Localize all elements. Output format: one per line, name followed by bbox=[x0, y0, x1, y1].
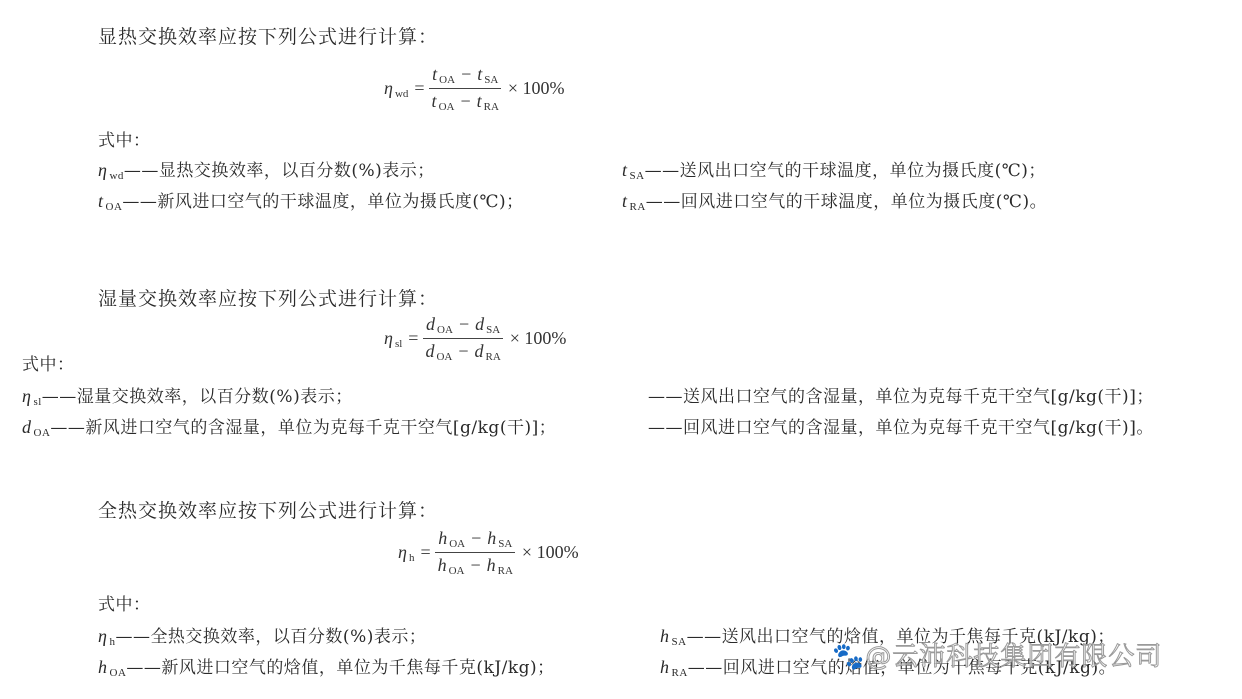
equals-sign: = bbox=[408, 328, 418, 349]
fraction: hOA−hSA hOA−hRA bbox=[435, 528, 516, 577]
section-heading-humidity: 湿量交换效率应按下列公式进行计算： bbox=[98, 284, 438, 311]
equals-sign: = bbox=[414, 78, 424, 99]
fraction: dOA−dSA dOA−dRA bbox=[422, 314, 503, 363]
times-100-percent: × 100% bbox=[522, 542, 579, 563]
where-label: 式中： bbox=[22, 350, 75, 375]
times-100-percent: × 100% bbox=[508, 78, 565, 99]
section-heading-sensible: 显热交换效率应按下列公式进行计算： bbox=[98, 22, 438, 49]
formula-lhs: ηsl bbox=[384, 328, 402, 350]
formula-sensible: ηwd = tOA−tSA tOA−tRA × 100% bbox=[384, 64, 565, 113]
where-label: 式中： bbox=[98, 126, 151, 151]
equals-sign: = bbox=[420, 542, 430, 563]
definition-d-ra: ——回风进口空气的含湿量，单位为克每千克干空气[g/kg(干)]。 bbox=[646, 413, 1154, 439]
formula-lhs: ηwd bbox=[384, 78, 408, 100]
formula-enthalpy: ηh = hOA−hSA hOA−hRA × 100% bbox=[398, 528, 579, 577]
definition-d-sa: ——送风出口空气的含湿量，单位为克每千克干空气[g/kg(干)]； bbox=[646, 382, 1154, 408]
definition-d-oa: dOA——新风进口空气的含湿量，单位为克每千克干空气[g/kg(干)]； bbox=[22, 413, 556, 439]
formula-lhs: ηh bbox=[398, 542, 414, 564]
definition-t-ra: tRA——回风进口空气的干球温度，单位为摄氏度(℃)。 bbox=[622, 187, 1047, 213]
definition-t-oa: tOA——新风进口空气的干球温度，单位为摄氏度(℃)； bbox=[98, 187, 524, 213]
definition-eta-sl: ηsl——湿量交换效率，以百分数(%)表示； bbox=[22, 382, 353, 408]
watermark: 🐾@云沛科技集团有限公司 bbox=[832, 636, 1162, 673]
definition-eta-h: ηh——全热交换效率，以百分数(%)表示； bbox=[98, 622, 426, 648]
definition-t-sa: tSA——送风出口空气的干球温度，单位为摄氏度(℃)； bbox=[622, 156, 1046, 182]
formula-humidity: ηsl = dOA−dSA dOA−dRA × 100% bbox=[384, 314, 566, 363]
fraction: tOA−tSA tOA−tRA bbox=[429, 64, 502, 113]
definition-h-oa: hOA——新风进口空气的焓值，单位为千焦每千克(kJ/kg)； bbox=[98, 653, 555, 679]
where-label: 式中： bbox=[98, 590, 151, 615]
section-heading-enthalpy: 全热交换效率应按下列公式进行计算： bbox=[98, 496, 438, 523]
definition-eta-wd: ηwd——显热交换效率，以百分数(%)表示； bbox=[98, 156, 435, 182]
times-100-percent: × 100% bbox=[510, 328, 567, 349]
